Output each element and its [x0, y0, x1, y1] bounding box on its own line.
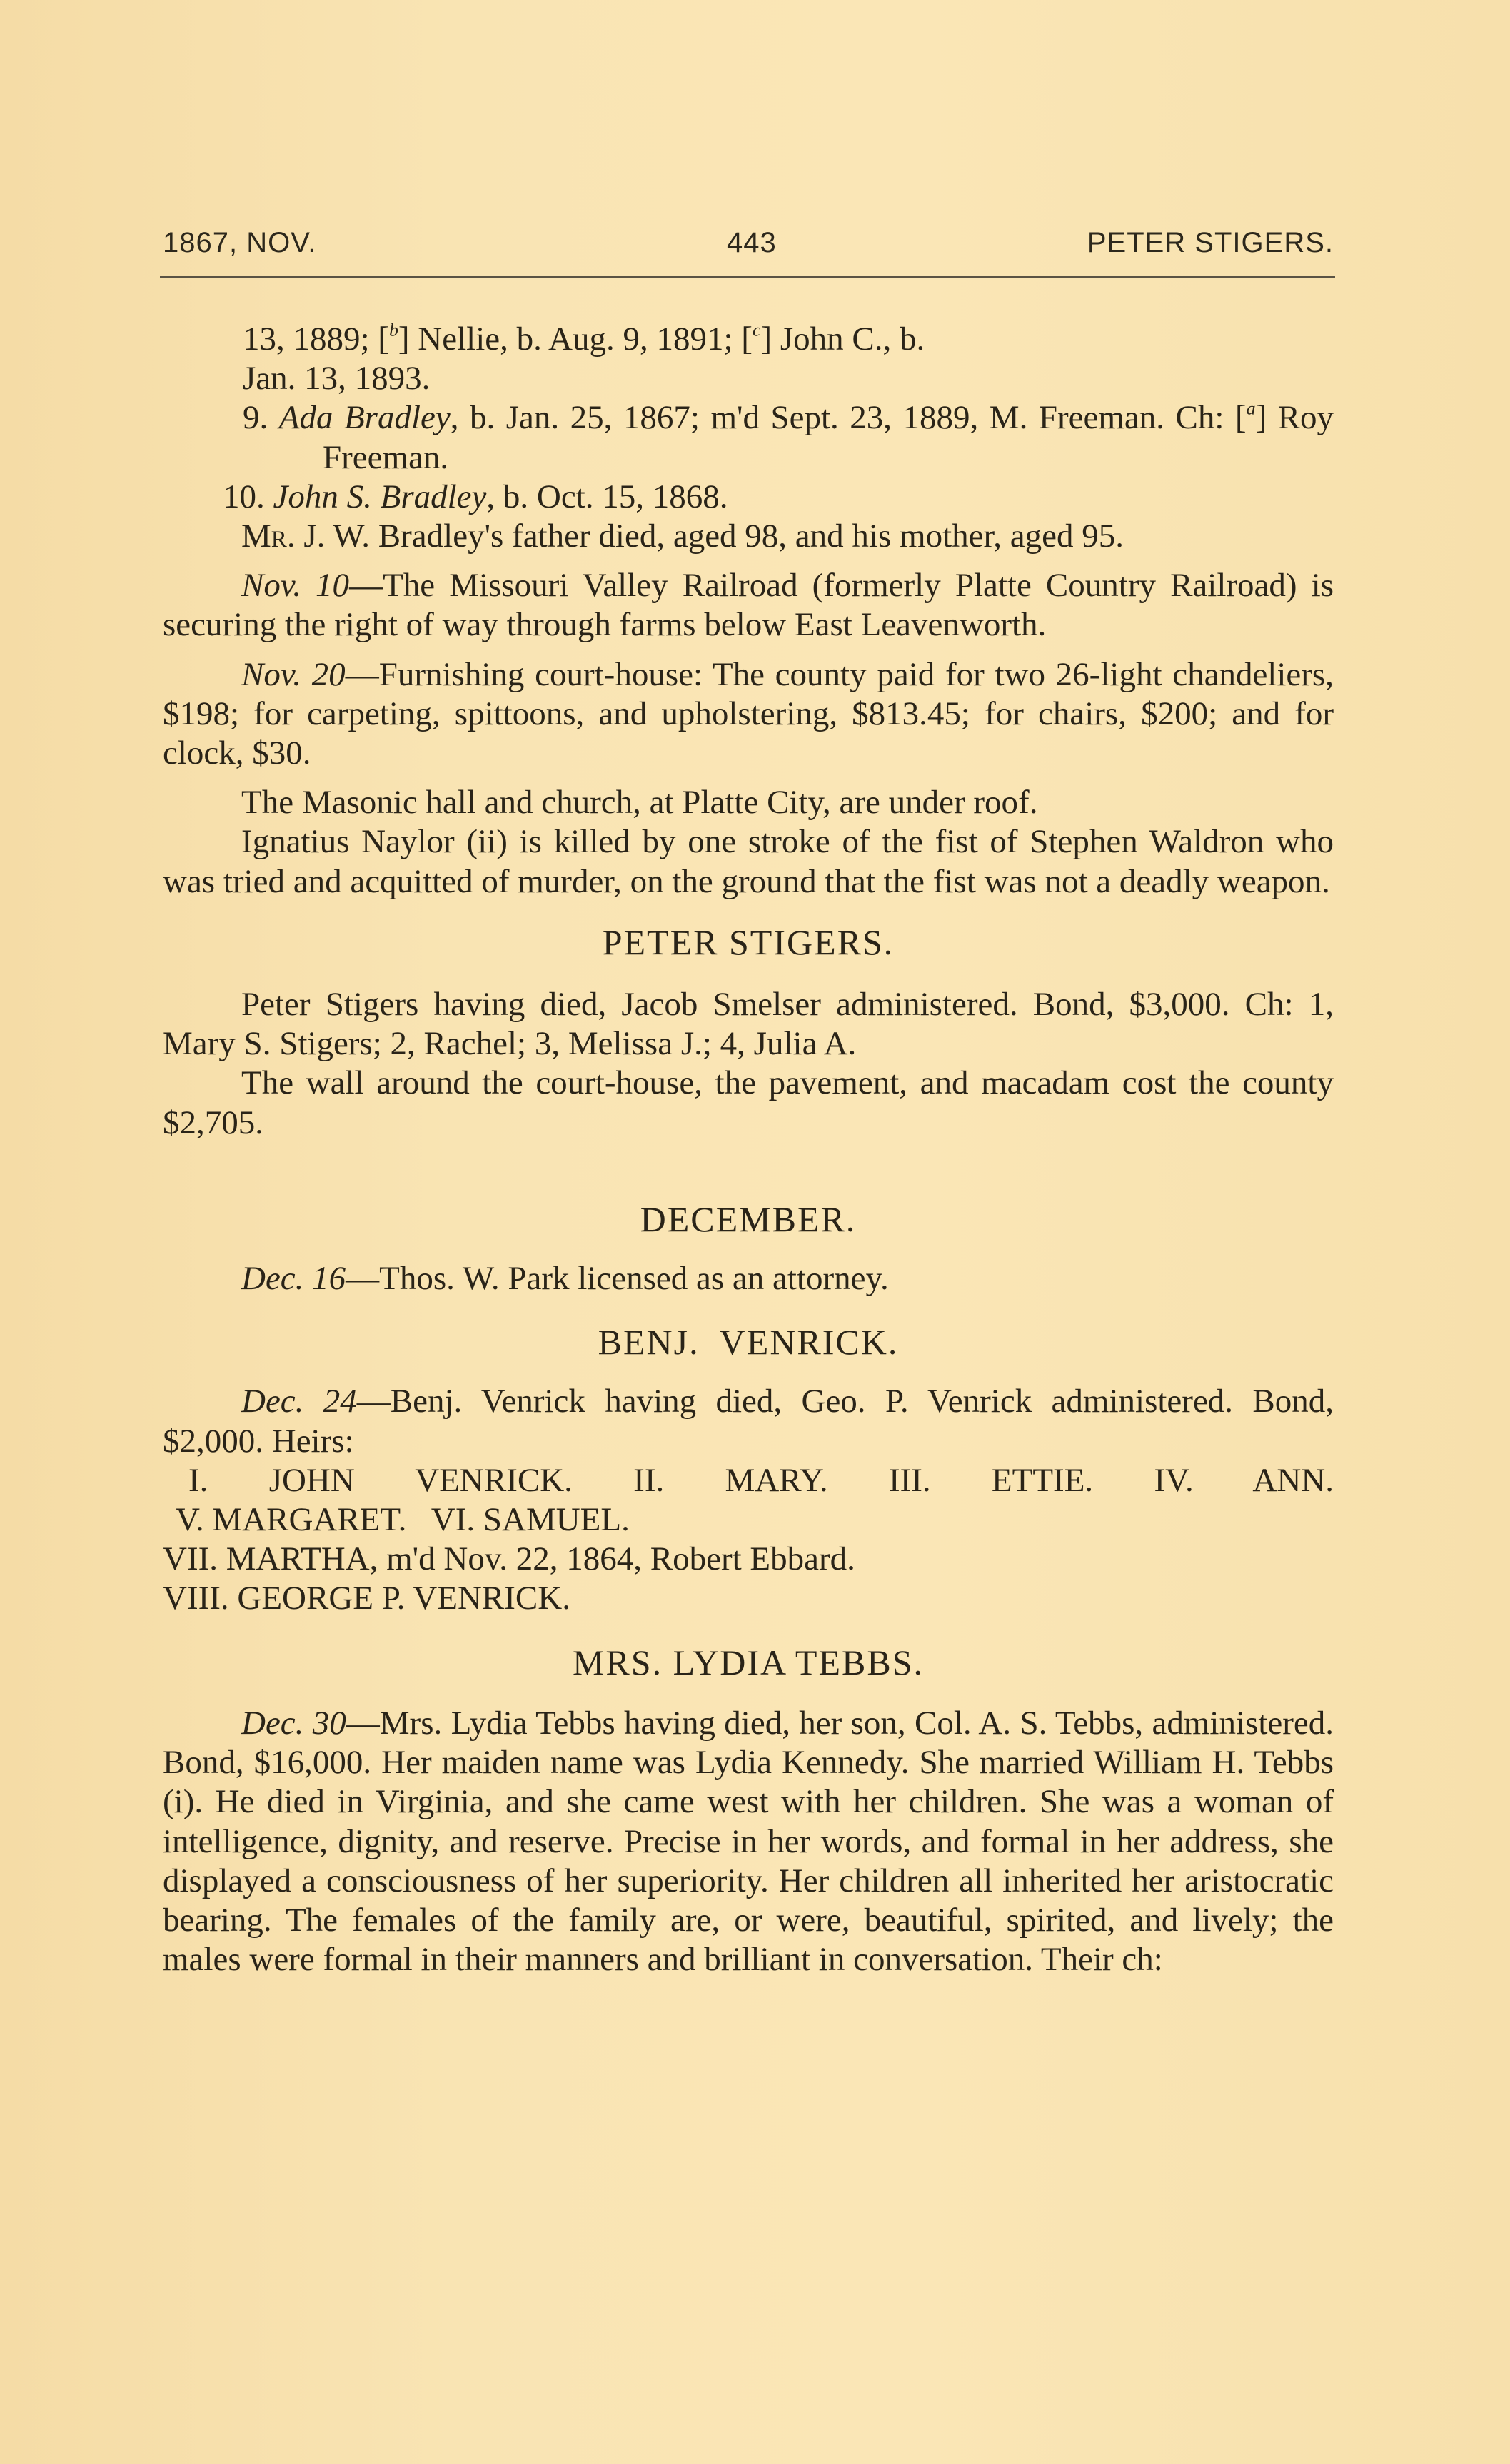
- entry-date: Dec. 30: [241, 1705, 346, 1742]
- section-heading-benj-venrick: BENJ. VENRICK.: [163, 1323, 1334, 1362]
- entry-date: Nov. 10: [241, 567, 349, 604]
- entry-date: Nov. 20: [241, 656, 346, 693]
- entry-date: Dec. 16: [241, 1260, 346, 1297]
- courthouse-wall-paragraph: The wall around the court-house, the pav…: [163, 1064, 1334, 1142]
- section-heading-peter-stigers: PETER STIGERS.: [163, 923, 1334, 962]
- header-date: 1867, NOV.: [163, 227, 316, 259]
- genealogy-item-10: 10. John S. Bradley, b. Oct. 15, 1868.: [163, 478, 1334, 517]
- heirs-line-1: I. JOHN VENRICK. II. MARY. III. ETTIE. I…: [163, 1461, 1334, 1500]
- masonic-paragraph: The Masonic hall and church, at Platte C…: [163, 783, 1334, 822]
- entry-nov-10: Nov. 10—The Missouri Valley Railroad (fo…: [163, 566, 1334, 645]
- heirs-line-2: V. MARGARET. VI. SAMUEL.: [163, 1500, 1334, 1540]
- section-heading-lydia-tebbs: MRS. LYDIA TEBBS.: [163, 1643, 1334, 1682]
- entry-dec-30: Dec. 30—Mrs. Lydia Tebbs having died, he…: [163, 1704, 1334, 1979]
- genealogy-item-9: 9. Ada Bradley, b. Jan. 25, 1867; m'd Se…: [243, 398, 1334, 477]
- stigers-paragraph: Peter Stigers having died, Jacob Smelser…: [163, 985, 1334, 1064]
- entry-date: Dec. 24: [241, 1383, 357, 1420]
- header-rule: [160, 276, 1335, 278]
- page-number: 443: [727, 227, 777, 259]
- running-header: 1867, NOV. 443 PETER STIGERS.: [163, 227, 1334, 270]
- person-name: Ada Bradley: [279, 399, 451, 436]
- person-name: John S. Bradley: [273, 478, 487, 515]
- entry-dec-16: Dec. 16—Thos. W. Park licensed as an att…: [163, 1259, 1334, 1298]
- naylor-paragraph: Ignatius Naylor (ii) is killed by one st…: [163, 822, 1334, 901]
- page-body: 13, 1889; [b] Nellie, b. Aug. 9, 1891; […: [163, 320, 1334, 1979]
- heirs-line-4: VIII. GEORGE P. VENRICK.: [163, 1579, 1334, 1618]
- entry-nov-20: Nov. 20—Furnishing court-house: The coun…: [163, 655, 1334, 774]
- bradley-note: Mr. J. W. Bradley's father died, aged 98…: [163, 517, 1334, 556]
- section-heading-december: DECEMBER.: [163, 1200, 1334, 1239]
- heirs-line-3: VII. MARTHA, m'd Nov. 22, 1864, Robert E…: [163, 1540, 1334, 1579]
- entry-dec-24: Dec. 24—Benj. Venrick having died, Geo. …: [163, 1382, 1334, 1460]
- header-title: PETER STIGERS.: [1087, 227, 1334, 259]
- continuation-paragraph: 13, 1889; [b] Nellie, b. Aug. 9, 1891; […: [163, 320, 1334, 398]
